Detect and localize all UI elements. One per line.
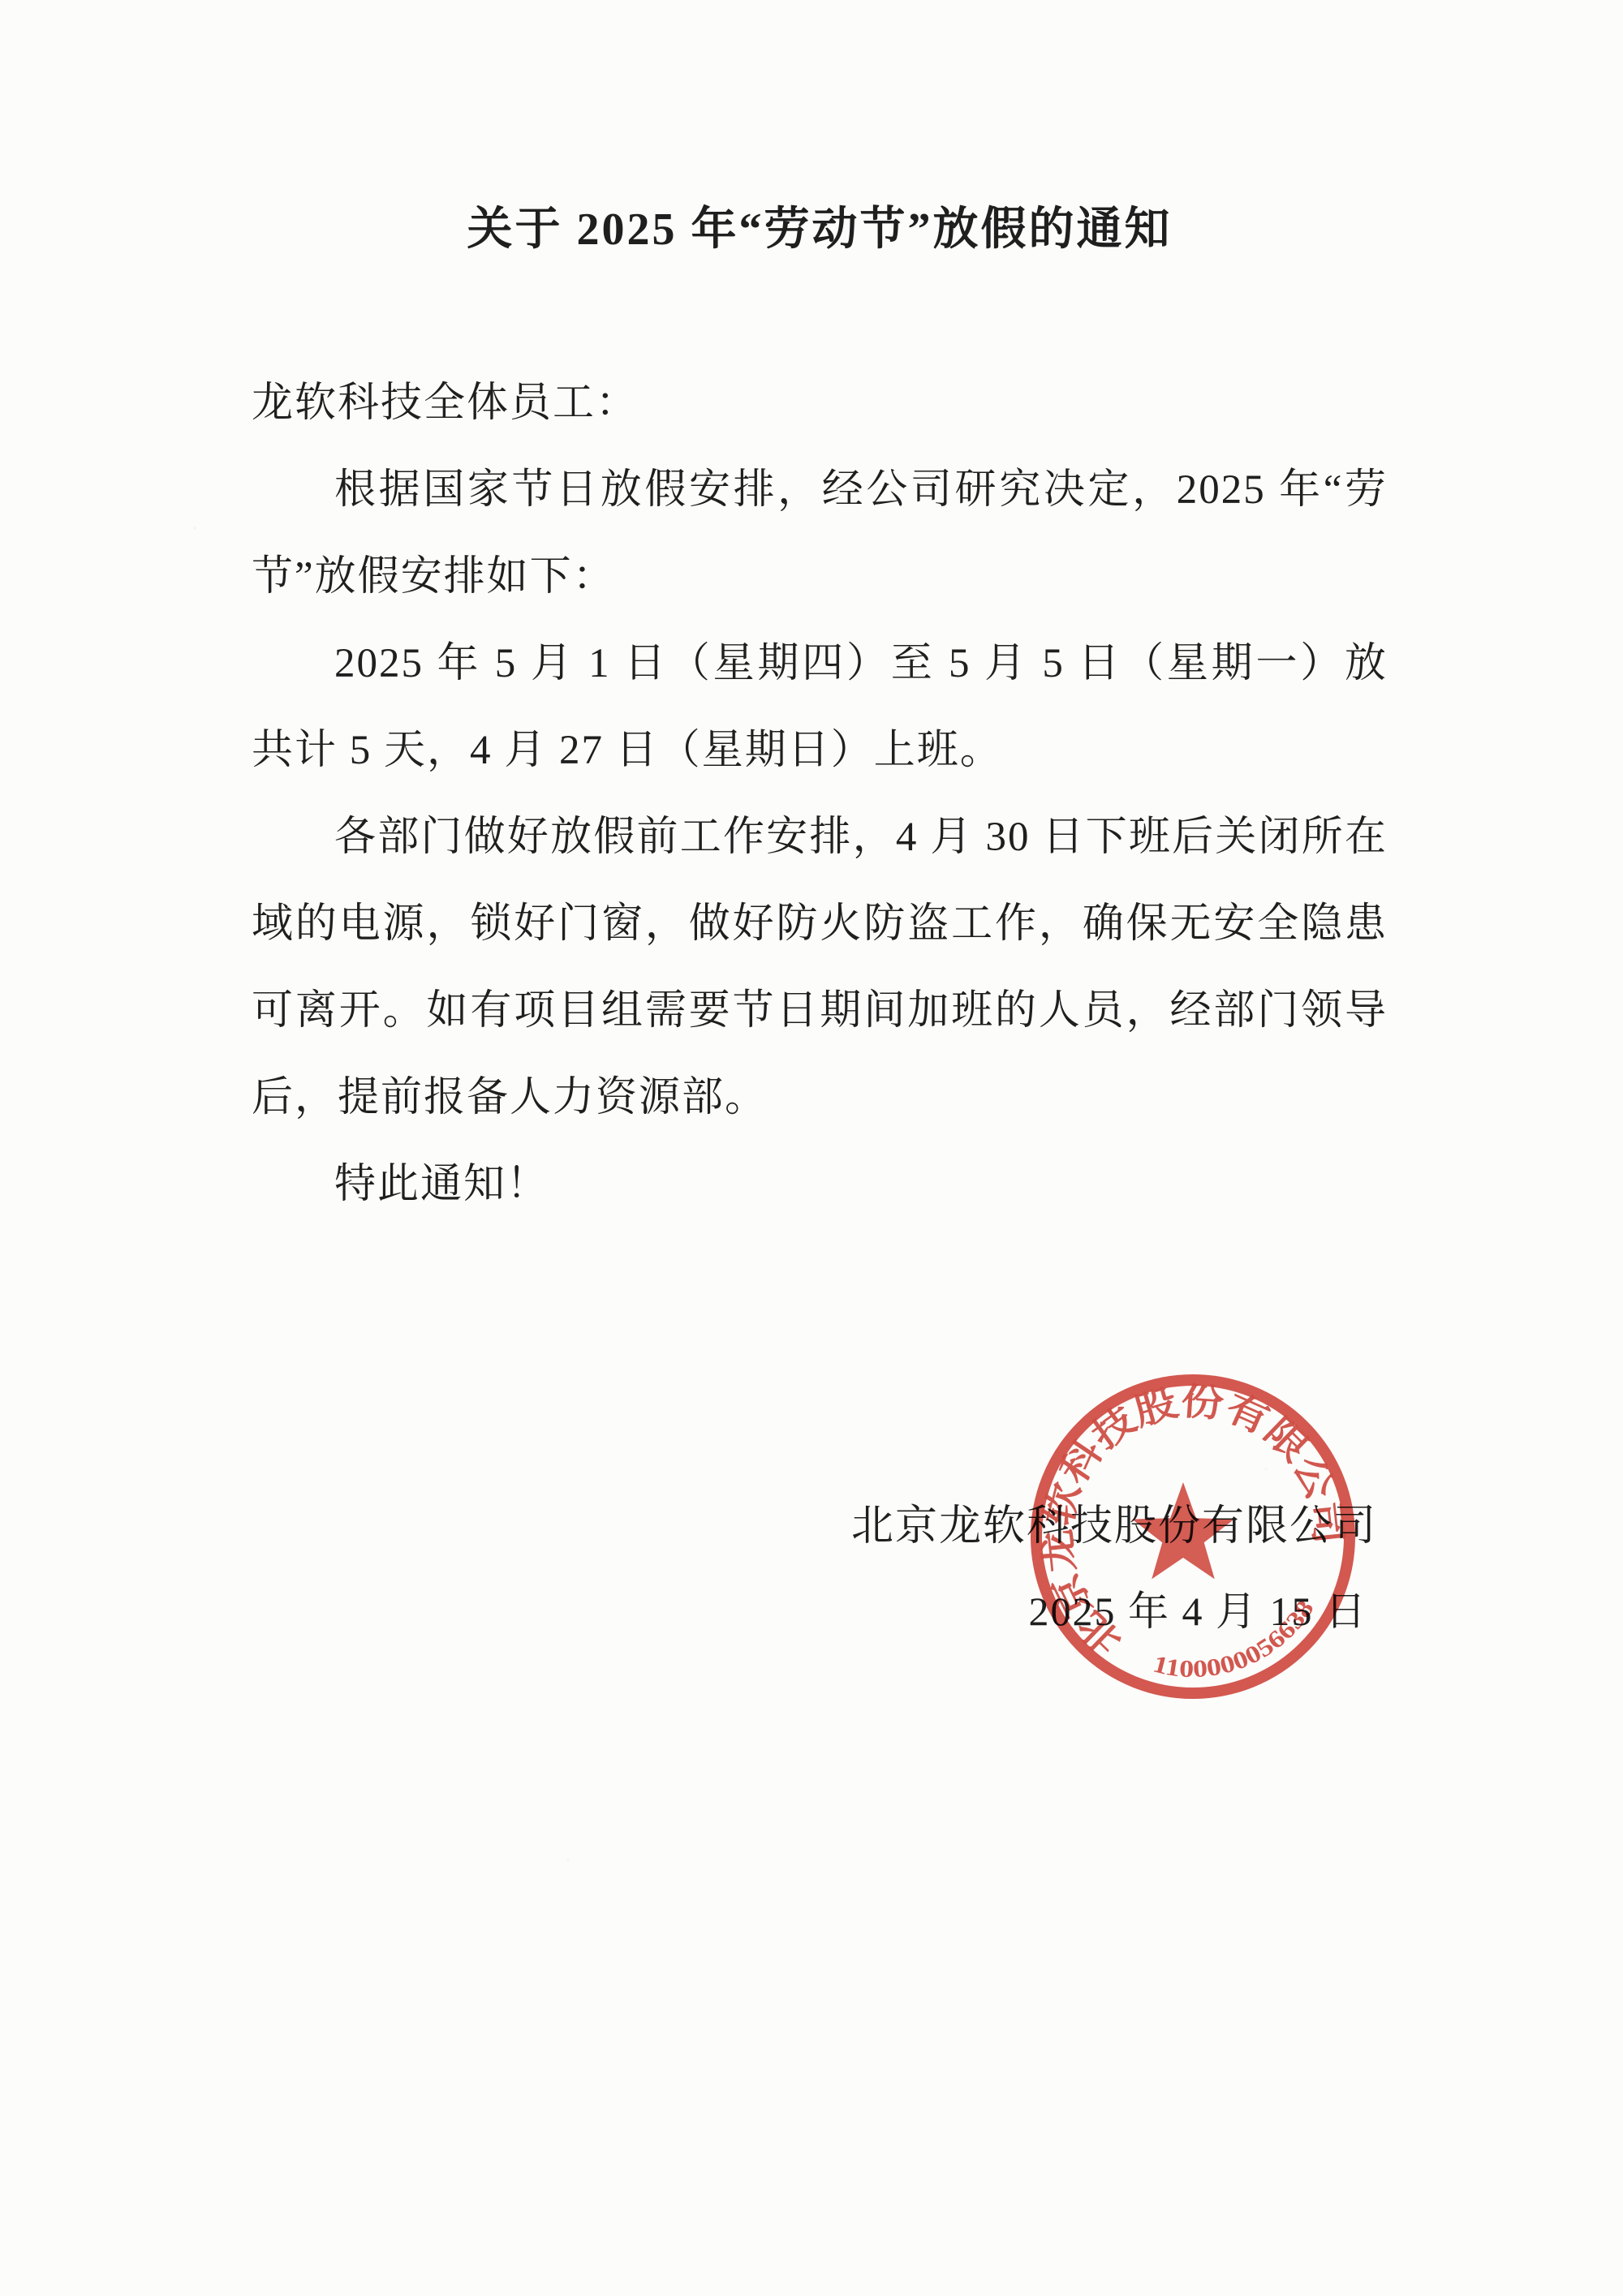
body-line: 域的电源，锁好门窗，做好防火防盗工作，确保无安全隐患后方 — [252, 881, 1388, 968]
signature-company-name: 北京龙软科技股份有限公司 — [851, 1491, 1377, 1552]
body-line: 节”放假安排如下： — [252, 534, 1388, 621]
notice-body: 龙软科技全体员工： 根据国家节日放假安排，经公司研究决定，2025 年“劳动 节… — [252, 360, 1388, 1228]
body-line: 可离开。如有项目组需要节日期间加班的人员，经部门领导批准 — [252, 968, 1388, 1055]
body-line: 根据国家节日放假安排，经公司研究决定，2025 年“劳动 — [252, 447, 1388, 534]
signature-date: 2025 年 4 月 15 日 — [1029, 1579, 1368, 1637]
body-line: 后，提前报备人力资源部。 — [252, 1055, 1388, 1142]
body-line: 共计 5 天，4 月 27 日（星期日）上班。 — [252, 707, 1388, 794]
scanned-notice-document: 关于 2025 年“劳动节”放假的通知 龙软科技全体员工： 根据国家节日放假安排… — [0, 0, 1623, 2296]
closing-line: 特此通知！ — [252, 1142, 1388, 1228]
document-title: 关于 2025 年“劳动节”放假的通知 — [252, 193, 1388, 258]
body-line: 2025 年 5 月 1 日（星期四）至 5 月 5 日（星期一）放假， — [252, 621, 1388, 707]
body-line: 各部门做好放假前工作安排，4 月 30 日下班后关闭所在区 — [252, 794, 1388, 881]
salutation-line: 龙软科技全体员工： — [252, 360, 1388, 447]
